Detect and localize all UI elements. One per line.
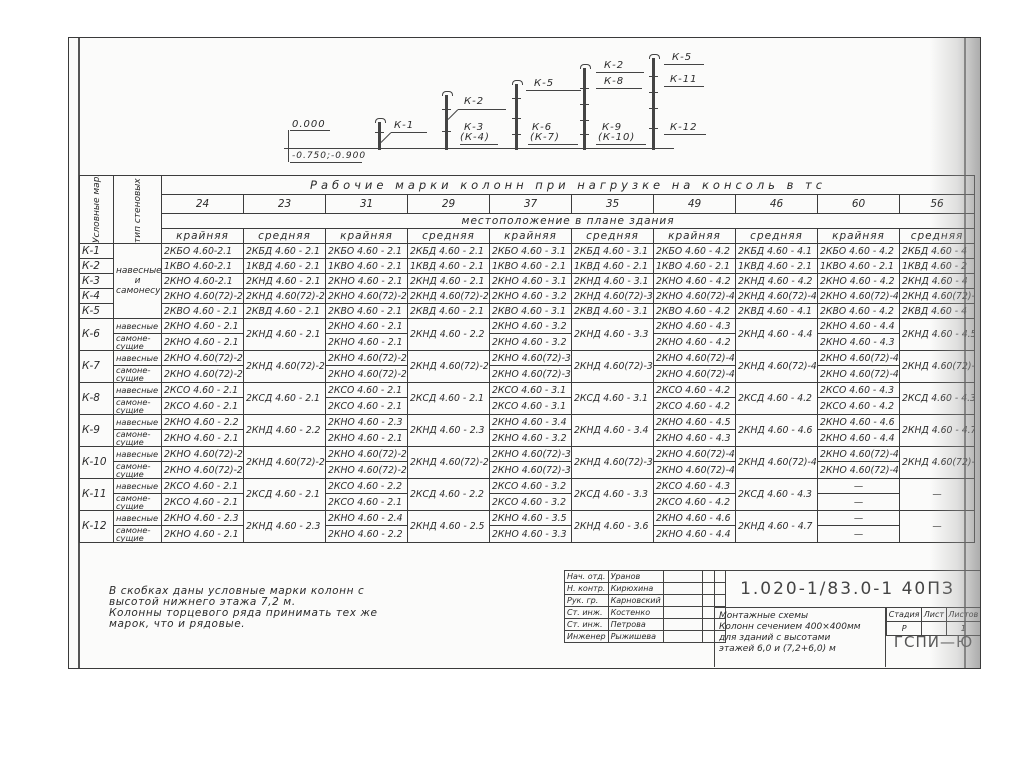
position-header: средняя [244,229,326,244]
mark-cell: 2КВО 4.60 - 2.1 [162,304,244,319]
mark-cell: 2КБО 4.60 - 4.2 [654,244,736,259]
mark-cell-hinged: 2КНО 4.60(72)-3.2 [490,351,572,366]
mark-cell: 1КВД 4.60 - 2.1 [572,259,654,274]
table-row: самоне-сущие2КСО 4.60 - 2.12КСО 4.60 - 2… [80,398,975,415]
column-mark: К-2 [80,259,114,274]
mark-cell-selfbearing: 2КНО 4.60 - 2.1 [326,334,408,351]
mark-cell-selfbearing: 2КНО 4.60 - 3.3 [490,526,572,543]
mark-cell-hinged: 2КНО 4.60 - 3.5 [490,511,572,526]
load-header: 37 [490,195,572,214]
panel-type-selfbearing: самоне-сущие [114,398,162,415]
mark-cell-hinged: 2КНО 4.60 - 2.1 [162,319,244,334]
panel-type-selfbearing: самоне-сущие [114,462,162,479]
column-mark: К-4 [80,289,114,304]
mark-cell: 2КНО 4.60-2.1 [162,274,244,289]
signature-row: Нач. отд.Уранов [565,571,726,583]
mark-cell-selfbearing: 2КНО 4.60(72)-4.4 [818,462,900,479]
table-row: самоне-сущие2КНО 4.60(72)-2.12КНО 4.60(7… [80,462,975,479]
column-marks-table: Условные марки колоннтип стеновых панеле… [79,175,975,543]
mark-cell: 2КНО 4.60 - 2.1 [326,274,408,289]
column-k1 [378,122,381,150]
table-row: самоне-сущие2КНО 4.60 - 2.12КНО 4.60 - 2… [80,526,975,543]
table-row: К-1навесные и самонесущие2КБО 4.60-2.12К… [80,244,975,259]
mark-cell-middle: 2КСД 4.60 - 3.3 [572,479,654,511]
mark-cell-hinged: 2КНО 4.60 - 4.6 [818,415,900,430]
header-panel-type: тип стеновых панелей [114,176,162,244]
mark-cell-selfbearing: 2КНО 4.60 - 4.3 [654,430,736,447]
position-header: крайняя [162,229,244,244]
mark-cell: 2КВО 4.60 - 4.2 [654,304,736,319]
mark-cell-selfbearing: 2КСО 4.60 - 4.2 [654,494,736,511]
page-fold-line [964,38,966,668]
mark-cell-selfbearing: 2КСО 4.60 - 4.2 [818,398,900,415]
signature-role: Инженер [565,631,609,643]
mark-cell-middle: 2КНД 4.60 - 2.5 [408,511,490,543]
load-header: 24 [162,195,244,214]
signature-name: Рыжишева [608,631,663,643]
mark-cell: 2КНО 4.60 - 3.1 [490,274,572,289]
signature-mark [663,571,702,583]
mark-cell: 2КНД 4.60(72)-2.1 [408,289,490,304]
mark-cell: 2КБО 4.60 - 3.1 [490,244,572,259]
mark-cell: 2КНО 4.60(72)-2.1 [326,289,408,304]
mark-cell-hinged: 2КНО 4.60 - 4.3 [654,319,736,334]
column-elevation-diagram: 0.000 -0.750;-0.900 К-1 К-2 К-3 (К-4) К-… [284,46,744,176]
column-mark: К-5 [80,304,114,319]
mark-cell-selfbearing: 2КНО 4.60(72)-2.1 [326,366,408,383]
mark-cell-hinged: 2КСО 4.60 - 4.3 [654,479,736,494]
signature-name: Костенко [608,607,663,619]
mark-cell: 2КНО 4.60 - 4.2 [654,274,736,289]
signature-mark [663,595,702,607]
position-header: средняя [736,229,818,244]
mark-cell-selfbearing: 2КНО 4.60(72)-2.1 [162,462,244,479]
mark-cell-hinged: 2КНО 4.60(72)-2.2 [162,447,244,462]
mark-cell-hinged: 2КНО 4.60 - 2.3 [162,511,244,526]
mark-cell-middle: 2КСД 4.60 - 2.2 [408,479,490,511]
mark-cell-hinged: 2КСО 4.60 - 3.1 [490,383,572,398]
level-bottom-label: -0.750;-0.900 [292,151,366,161]
mark-cell-hinged: 2КСО 4.60 - 2.1 [326,383,408,398]
signature-row: Ст. инж.Костенко [565,607,726,619]
panel-type-hinged: навесные [114,415,162,430]
mark-cell-hinged: 2КСО 4.60 - 4.3 [818,383,900,398]
table-row: К-6навесные2КНО 4.60 - 2.12КНД 4.60 - 2.… [80,319,975,334]
position-header: крайняя [818,229,900,244]
mark-cell-hinged: 2КНО 4.60 - 3.4 [490,415,572,430]
mark-cell-middle: 2КНД 4.60 - 2.3 [244,511,326,543]
mark-cell-middle: 2КНД 4.60 - 4.4 [736,319,818,351]
column-mark: К-3 [80,274,114,289]
position-header: крайняя [654,229,736,244]
panel-type-hinged: навесные [114,511,162,526]
position-header: крайняя [490,229,572,244]
header-column-marks: Условные марки колонн [80,176,114,244]
table-row: К-8навесные2КСО 4.60 - 2.12КСД 4.60 - 2.… [80,383,975,398]
mark-cell-middle: 2КНД 4.60(72)-3.3 [572,351,654,383]
drawing-description: Монтажные схемы Колонн сечением 400×400м… [719,611,879,655]
signature-mark [663,631,702,643]
mark-cell-middle: 2КНД 4.60(72)-4.6 [736,447,818,479]
mark-cell-selfbearing: 2КСО 4.60 - 2.1 [326,398,408,415]
mark-cell: 2КНД 4.60(72)-3.2 [572,289,654,304]
mark-cell-selfbearing: 2КНО 4.60 - 2.1 [162,334,244,351]
mark-cell-middle: 2КНД 4.60(72)-2.2 [244,447,326,479]
mark-cell-middle: 2КНД 4.60 - 3.6 [572,511,654,543]
column-k2-k8-k9 [583,68,586,150]
mark-cell-selfbearing: 2КСО 4.60 - 2.1 [162,398,244,415]
mark-cell: 1КВО 4.60 - 2.1 [654,259,736,274]
mark-cell-hinged: 2КНО 4.60(72)-4.3 [654,351,736,366]
mark-cell-hinged: 2КНО 4.60(72)-4.4 [818,351,900,366]
signature-name: Петрова [608,619,663,631]
mark-cell-hinged: — [818,511,900,526]
column-mark: К-8 [80,383,114,415]
signature-name: Карновский [608,595,663,607]
mark-cell-selfbearing: 2КНО 4.60(72)-3.2 [490,366,572,383]
mark-cell: 2КНД 4.60 - 2.1 [244,274,326,289]
mark-cell: 1КВО 4.60-2.1 [162,259,244,274]
mark-cell-middle: 2КНД 4.60(72)-2.2 [408,351,490,383]
signature-role: Нач. отд. [565,571,609,583]
signature-row: Ст. инж.Петрова [565,619,726,631]
table-row: К-9навесные2КНО 4.60 - 2.22КНД 4.60 - 2.… [80,415,975,430]
column-mark: К-12 [80,511,114,543]
mark-cell-hinged: 2КНО 4.60(72)-3.4 [490,447,572,462]
signature-role: Н. контр. [565,583,609,595]
load-header: 23 [244,195,326,214]
column-mark: К-1 [80,244,114,259]
mark-cell-selfbearing: 2КНО 4.60 - 2.1 [162,430,244,447]
mark-cell-hinged: 2КНО 4.60(72)-2.3 [326,447,408,462]
mark-cell-selfbearing: 2КСО 4.60 - 4.2 [654,398,736,415]
mark-cell: 2КВО 4.60 - 2.1 [326,304,408,319]
panel-type-group: навесные и самонесущие [114,244,162,319]
mark-cell-selfbearing: 2КНО 4.60(72)-4.3 [654,462,736,479]
panel-type-selfbearing: самоне-сущие [114,366,162,383]
mark-cell-middle: 2КСД 4.60 - 2.1 [244,479,326,511]
mark-cell-middle: 2КНД 4.60(72)-3.4 [572,447,654,479]
mark-cell-hinged: 2КНО 4.60(72)-4.5 [818,447,900,462]
mark-cell: 1КВО 4.60 - 2.1 [490,259,572,274]
mark-cell: 1КВО 4.60 - 2.1 [818,259,900,274]
table-row: К-7навесные2КНО 4.60(72)-2.22КНД 4.60(72… [80,351,975,366]
column-k5-k11-k12 [652,58,655,150]
mark-cell: 2КНД 4.60(72)-4.2 [736,289,818,304]
mark-cell: 2КНО 4.60(72)-4.2 [818,289,900,304]
mark-cell: 2КНД 4.60 - 4.2 [736,274,818,289]
signature-role: Рук. гр. [565,595,609,607]
signature-mark [663,619,702,631]
mark-cell: 2КБД 4.60 - 4.1 [736,244,818,259]
mark-cell-middle: 2КСД 4.60 - 2.1 [408,383,490,415]
drawing-sheet: 0.000 -0.750;-0.900 К-1 К-2 К-3 (К-4) К-… [68,37,981,669]
mark-cell: 2КВО 4.60 - 3.1 [490,304,572,319]
signature-row: Рук. гр.Карновский [565,595,726,607]
mark-cell: 2КБД 4.60 - 2.1 [244,244,326,259]
mark-cell-hinged: 2КНО 4.60 - 3.2 [490,319,572,334]
mark-cell: 1КВД 4.60 - 2.1 [408,259,490,274]
column-k2-k3 [445,95,448,150]
load-header: 60 [818,195,900,214]
table-title: Рабочие марки колонн при нагрузке на кон… [162,176,975,195]
mark-cell-hinged: 2КСО 4.60 - 2.1 [162,383,244,398]
mark-cell-hinged: 2КНО 4.60(72)-2.2 [162,351,244,366]
mark-cell-hinged: 2КСО 4.60 - 3.2 [490,479,572,494]
mark-cell: 1КВД 4.60 - 2.1 [244,259,326,274]
mark-cell-selfbearing: 2КСО 4.60 - 3.1 [490,398,572,415]
column-mark: К-9 [80,415,114,447]
column-mark: К-10 [80,447,114,479]
position-header: крайняя [326,229,408,244]
mark-cell-middle: 2КНД 4.60 - 4.6 [736,415,818,447]
mark-cell-selfbearing: 2КНО 4.60 - 2.2 [326,526,408,543]
mark-cell: 2КБО 4.60-2.1 [162,244,244,259]
mark-cell-middle: 2КНД 4.60 - 2.3 [408,415,490,447]
table-row: К-11навесные2КСО 4.60 - 2.12КСД 4.60 - 2… [80,479,975,494]
signature-name: Кирюхина [608,583,663,595]
mark-cell-middle: 2КНД 4.60 - 2.2 [244,415,326,447]
mark-cell-selfbearing: 2КСО 4.60 - 3.2 [490,494,572,511]
mark-cell-middle: 2КНД 4.60(72)-4.4 [736,351,818,383]
mark-cell: 2КВД 4.60 - 4.1 [736,304,818,319]
mark-cell-selfbearing: 2КНО 4.60(72)-3.2 [490,462,572,479]
column-mark: К-11 [80,479,114,511]
mark-cell-hinged: 2КНО 4.60 - 4.6 [654,511,736,526]
mark-cell-hinged: 2КНО 4.60(72)-4.5 [654,447,736,462]
panel-type-hinged: навесные [114,383,162,398]
mark-cell-middle: 2КСД 4.60 - 4.2 [736,383,818,415]
panel-type-selfbearing: самоне-сущие [114,430,162,447]
load-header: 46 [736,195,818,214]
mark-cell: 2КНО 4.60(72)-2.1 [162,289,244,304]
mark-cell-middle: 2КСД 4.60 - 2.1 [244,383,326,415]
position-title: местоположение в плане здания [162,214,975,229]
mark-cell-middle: 2КНД 4.60 - 3.4 [572,415,654,447]
mark-cell-middle: 2КСД 4.60 - 3.1 [572,383,654,415]
mark-cell-selfbearing: — [818,494,900,511]
drawing-notes: В скобках даны условные марки колонн с в… [109,586,378,630]
position-header: средняя [408,229,490,244]
mark-cell-selfbearing: 2КНО 4.60 - 4.4 [818,430,900,447]
mark-cell-selfbearing: 2КНО 4.60(72)-4.2 [654,366,736,383]
mark-cell-hinged: 2КНО 4.60 - 2.1 [326,319,408,334]
mark-cell-hinged: 2КНО 4.60 - 4.5 [654,415,736,430]
column-mark: К-7 [80,351,114,383]
table-row: самоне-сущие2КНО 4.60 - 2.12КНО 4.60 - 2… [80,334,975,351]
panel-type-selfbearing: самоне-сущие [114,526,162,543]
mark-cell-hinged: 2КСО 4.60 - 4.2 [654,383,736,398]
mark-cell-hinged: 2КНО 4.60 - 4.4 [818,319,900,334]
level-top-label: 0.000 [292,119,326,130]
mark-cell-hinged: 2КСО 4.60 - 2.1 [162,479,244,494]
mark-cell: 2КНД 4.60(72)-2.1 [244,289,326,304]
table-row: К-21КВО 4.60-2.11КВД 4.60 - 2.11КВО 4.60… [80,259,975,274]
panel-type-selfbearing: самоне-сущие [114,494,162,511]
mark-cell: 2КНО 4.60 - 4.2 [818,274,900,289]
mark-cell-selfbearing: 2КСО 4.60 - 2.1 [326,494,408,511]
mark-cell-middle: 2КНД 4.60 - 3.3 [572,319,654,351]
signature-role: Ст. инж. [565,619,609,631]
mark-cell: 1КВД 4.60 - 2.1 [736,259,818,274]
mark-cell-middle: 2КНД 4.60 - 2.2 [408,319,490,351]
table-row: самоне-сущие2КНО 4.60(72)-2.12КНО 4.60(7… [80,366,975,383]
signature-mark [663,583,702,595]
column-mark: К-6 [80,319,114,351]
mark-cell-hinged: 2КНО 4.60(72)-2.2 [326,351,408,366]
signature-row: ИнженерРыжишева [565,631,726,643]
mark-cell: 2КВД 4.60 - 2.1 [408,304,490,319]
mark-cell-middle: 2КНД 4.60 - 2.1 [244,319,326,351]
table-row: самоне-сущие2КСО 4.60 - 2.12КСО 4.60 - 2… [80,494,975,511]
mark-cell-hinged: 2КНО 4.60 - 2.2 [162,415,244,430]
table-row: самоне-сущие2КНО 4.60 - 2.12КНО 4.60 - 2… [80,430,975,447]
mark-cell-selfbearing: 2КСО 4.60 - 2.1 [162,494,244,511]
load-header: 49 [654,195,736,214]
panel-type-hinged: навесные [114,351,162,366]
mark-cell-middle: 2КНД 4.60(72)-2.1 [244,351,326,383]
mark-cell-selfbearing: 2КНО 4.60 - 3.2 [490,334,572,351]
mark-cell: 2КБО 4.60 - 2.1 [326,244,408,259]
table-row: К-10навесные2КНО 4.60(72)-2.22КНД 4.60(7… [80,447,975,462]
mark-cell-selfbearing: 2КНО 4.60 - 4.3 [818,334,900,351]
signature-name: Уранов [608,571,663,583]
mark-cell: 2КНО 4.60 - 3.2 [490,289,572,304]
panel-type-selfbearing: самоне-сущие [114,334,162,351]
mark-cell-selfbearing: — [818,526,900,543]
table-row: К-52КВО 4.60 - 2.12КВД 4.60 - 2.12КВО 4.… [80,304,975,319]
mark-cell-hinged: 2КНО 4.60 - 2.4 [326,511,408,526]
table-row: К-12навесные2КНО 4.60 - 2.32КНД 4.60 - 2… [80,511,975,526]
mark-cell: 2КНД 4.60 - 2.1 [408,274,490,289]
mark-cell-selfbearing: 2КНО 4.60 - 4.4 [654,526,736,543]
ground-line [284,148,674,149]
mark-cell-middle: 2КНД 4.60 - 4.7 [736,511,818,543]
panel-type-hinged: навесные [114,479,162,494]
table-row: К-32КНО 4.60-2.12КНД 4.60 - 2.12КНО 4.60… [80,274,975,289]
mark-cell-selfbearing: 2КНО 4.60 - 3.2 [490,430,572,447]
load-header: 29 [408,195,490,214]
mark-cell-hinged: 2КНО 4.60 - 2.3 [326,415,408,430]
mark-cell-selfbearing: 2КНО 4.60 - 4.2 [654,334,736,351]
mark-cell: 1КВО 4.60 - 2.1 [326,259,408,274]
signature-mark [663,607,702,619]
mark-cell: 2КБД 4.60 - 2.1 [408,244,490,259]
mark-cell-hinged: 2КСО 4.60 - 2.2 [326,479,408,494]
mark-cell-hinged: — [818,479,900,494]
mark-cell-selfbearing: 2КНО 4.60(72)-4.2 [818,366,900,383]
position-header: средняя [572,229,654,244]
signature-row: Н. контр.Кирюхина [565,583,726,595]
page-fold-shadow [930,38,980,668]
panel-type-hinged: навесные [114,447,162,462]
mark-cell-middle: 2КСД 4.60 - 4.3 [736,479,818,511]
load-header: 35 [572,195,654,214]
table-row: К-42КНО 4.60(72)-2.12КНД 4.60(72)-2.12КН… [80,289,975,304]
signature-role: Ст. инж. [565,607,609,619]
mark-cell: 2КБД 4.60 - 3.1 [572,244,654,259]
load-header: 31 [326,195,408,214]
column-k5-k6 [515,84,518,150]
mark-cell-selfbearing: 2КНО 4.60(72)-2.2 [326,462,408,479]
mark-cell: 2КВО 4.60 - 4.2 [818,304,900,319]
mark-cell-selfbearing: 2КНО 4.60 - 2.1 [162,526,244,543]
mark-cell: 2КВД 4.60 - 3.1 [572,304,654,319]
mark-cell: 2КБО 4.60 - 4.2 [818,244,900,259]
mark-cell: 2КНО 4.60(72)-4.2 [654,289,736,304]
mark-cell-selfbearing: 2КНО 4.60 - 2.1 [326,430,408,447]
signature-table: Нач. отд.УрановН. контр.КирюхинаРук. гр.… [564,570,726,643]
panel-type-hinged: навесные [114,319,162,334]
mark-cell-middle: 2КНД 4.60(72)-2.3 [408,447,490,479]
mark-cell: 2КВД 4.60 - 2.1 [244,304,326,319]
mark-cell-selfbearing: 2КНО 4.60(72)-2.1 [162,366,244,383]
mark-cell: 2КНД 4.60 - 3.1 [572,274,654,289]
